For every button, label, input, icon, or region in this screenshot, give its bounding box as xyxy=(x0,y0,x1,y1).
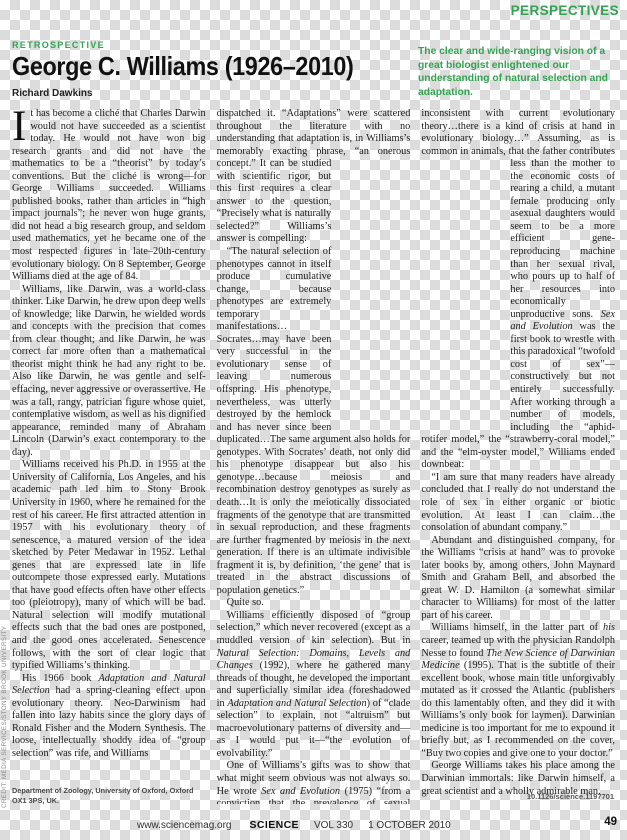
drop-cap: I xyxy=(12,108,30,145)
section-label-perspectives: PERSPECTIVES xyxy=(511,3,619,18)
column-2: dispatched it. “Adaptations” were scatte… xyxy=(217,108,411,804)
block-quote: “I am sure that many readers have alread… xyxy=(421,472,615,535)
footer-date: 1 OCTOBER 2010 xyxy=(368,820,451,831)
column-1: It has become a cliché that Charles Darw… xyxy=(12,108,206,804)
paragraph: Abundant and distinguished company, for … xyxy=(421,535,615,623)
paragraph-text: His 1966 book xyxy=(22,673,98,684)
paragraph-text: Williams himself, in the latter part of xyxy=(431,622,603,633)
paragraph: Williams efficiently disposed of “group … xyxy=(217,610,411,761)
paragraph: Williams, like Darwin, was a world-class… xyxy=(12,284,206,460)
photo-placeholder xyxy=(338,158,410,428)
paragraph: His 1966 book Adaptation and Natural Sel… xyxy=(12,673,206,761)
column-3: inconsistent with current evolutionary t… xyxy=(421,108,615,804)
paragraph-text: concept.” It can be studied with scienti… xyxy=(217,158,332,244)
paragraph: It has become a cliché that Charles Darw… xyxy=(12,108,206,284)
photo-credit-vertical: CREDIT: MEDIA SERVICES/STONY BROOK UNIVE… xyxy=(1,588,8,808)
kicker-retrospective: RETROSPECTIVE xyxy=(12,40,105,50)
footer-volume: VOL 330 xyxy=(314,820,353,831)
author-affiliation-footnote: Department of Zoology, University of Oxf… xyxy=(12,786,202,805)
doi: 10.1126/science.1197701 xyxy=(527,792,614,801)
photo-placeholder xyxy=(421,158,503,430)
paragraph: Williams received his Ph.D. in 1955 at t… xyxy=(12,459,206,672)
paragraph-text: t has become a cliché that Charles Darwi… xyxy=(12,108,206,282)
footer-journal-name: SCIENCE xyxy=(249,819,298,831)
paragraph-text: inconsistent with current evolutionary t… xyxy=(421,108,615,157)
footer-url: www.sciencemag.org xyxy=(137,820,231,831)
page-footer: www.sciencemag.orgSCIENCEVOL 3301 OCTOBE… xyxy=(137,819,451,831)
emphasis-italic: his xyxy=(603,622,615,633)
paragraph: Williams himself, in the latter part of … xyxy=(421,622,615,760)
paragraph: inconsistent with current evolutionary t… xyxy=(421,108,615,472)
article-body: It has become a cliché that Charles Darw… xyxy=(12,108,615,804)
paragraph-text: less than the mother to the economic cos… xyxy=(510,158,615,320)
page-number: 49 xyxy=(604,816,617,828)
author-byline: Richard Dawkins xyxy=(12,88,93,99)
paragraph-text: Williams efficiently disposed of “group … xyxy=(217,610,411,646)
paragraph: One of Williams’s gifts was to show that… xyxy=(217,760,411,804)
book-title-italic: Sex and Evolution xyxy=(261,786,340,797)
standfirst: The clear and wide-ranging vision of a g… xyxy=(418,45,622,99)
paragraph-text: had a spring-cleaning effect upon evolut… xyxy=(12,685,206,759)
page-title: George C. Williams (1926–2010) xyxy=(12,51,353,82)
book-title-italic: Adaptation and Natural Selection xyxy=(227,698,366,709)
paragraph-text: dispatched it. “Adaptations” were scatte… xyxy=(217,108,411,157)
paragraph: Quite so. xyxy=(217,597,411,610)
paragraph-text: (1995). That is the subtitle of their ex… xyxy=(421,660,615,759)
paragraph: dispatched it. “Adaptations” were scatte… xyxy=(217,108,411,246)
